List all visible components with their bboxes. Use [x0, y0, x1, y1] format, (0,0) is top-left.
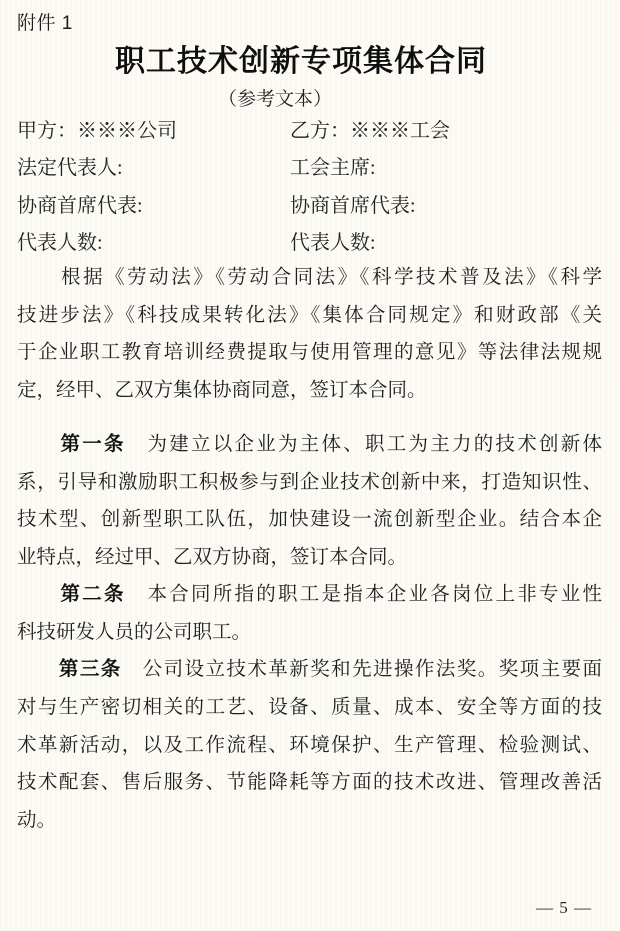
text-segment: 根据《劳动法》《劳动合同法》《科学技术普及法》《科学 [17, 267, 602, 288]
text-segment: 公司设立技术革新奖和先进操作法奖。奖项主要面 [122, 659, 602, 680]
party-row: 协商首席代表:协商首席代表: [17, 188, 602, 225]
document-title: 职工技术创新专项集体合同 [0, 36, 611, 80]
text-line: 业特点，经过甲、乙双方协商，签订本合同。 [17, 539, 602, 577]
text-segment: 业特点，经过甲、乙双方协商，签订本合同。 [17, 547, 407, 568]
text-line: 动。 [17, 802, 602, 840]
text-line: 第三条 公司设立技术革新奖和先进操作法奖。奖项主要面 [17, 651, 602, 689]
text-segment: 定，经甲、乙双方集体协商同意，签订本合同。 [17, 380, 427, 401]
text-line: 科技研发人员的公司职工。 [17, 614, 602, 652]
parties-section: 甲方：※※※公司乙方：※※※工会法定代表人:工会主席:协商首席代表:协商首席代表… [17, 113, 602, 263]
text-segment: 术革新活动，以及工作流程、环境保护、生产管理、检验测试、 [17, 735, 602, 756]
text-segment: 技术配套、售后服务、节能降耗等方面的技术改进、管理改善活 [17, 772, 602, 793]
text-line: 第二条 本合同所指的职工是指本企业各岗位上非专业性 [17, 576, 602, 614]
party-field-left: 法定代表人: [17, 150, 290, 187]
page-number: — 5 — [536, 898, 592, 918]
text-segment: 本合同所指的职工是指本企业各岗位上非专业性 [126, 584, 602, 605]
clause-label: 第一条 [61, 433, 126, 455]
text-line: 第一条 为建立以企业为主体、职工为主力的技术创新体 [17, 426, 602, 464]
text-line: 术革新活动，以及工作流程、环境保护、生产管理、检验测试、 [17, 727, 602, 765]
text-line: 定，经甲、乙双方集体协商同意，签订本合同。 [17, 372, 602, 410]
text-segment: 科技研发人员的公司职工。 [17, 622, 251, 643]
text-line: 系，引导和激励职工积极参与到企业技术创新中来，打造知识性、 [17, 464, 602, 502]
party-field-right: 工会主席: [290, 150, 602, 187]
attachment-label: 附件 1 [17, 8, 73, 35]
text-segment: 动。 [17, 810, 56, 831]
party-field-left: 甲方：※※※公司 [17, 113, 290, 150]
text-line: 技进步法》《科技成果转化法》《集体合同规定》和财政部《关 [17, 297, 602, 335]
party-row: 甲方：※※※公司乙方：※※※工会 [17, 113, 602, 150]
party-field-right: 代表人数: [290, 225, 602, 262]
text-line: 技术配套、售后服务、节能降耗等方面的技术改进、管理改善活 [17, 764, 602, 802]
clause-label: 第三条 [59, 658, 122, 680]
text-segment [17, 434, 61, 455]
text-line: 对与生产密切相关的工艺、设备、质量、成本、安全等方面的技 [17, 689, 602, 727]
text-segment: 为建立以企业为主体、职工为主力的技术创新体 [126, 434, 602, 455]
text-segment: 技术型、创新型职工队伍，加快建设一流创新型企业。结合本企 [17, 509, 602, 530]
text-line: 于企业职工教育培训经费提取与使用管理的意见》等法律法规规 [17, 334, 602, 372]
text-line: 技术型、创新型职工队伍，加快建设一流创新型企业。结合本企 [17, 501, 602, 539]
text-segment: 对与生产密切相关的工艺、设备、质量、成本、安全等方面的技 [17, 697, 602, 718]
clause-label: 第二条 [61, 583, 126, 605]
text-segment [17, 584, 61, 605]
paragraph: 第一条 为建立以企业为主体、职工为主力的技术创新体系，引导和激励职工积极参与到企… [17, 426, 602, 576]
paragraph: 第二条 本合同所指的职工是指本企业各岗位上非专业性科技研发人员的公司职工。 [17, 576, 602, 651]
party-field-left: 协商首席代表: [17, 188, 290, 225]
text-segment: 于企业职工教育培训经费提取与使用管理的意见》等法律法规规 [17, 342, 602, 363]
contract-body: 根据《劳动法》《劳动合同法》《科学技术普及法》《科学技进步法》《科技成果转化法》… [17, 259, 602, 839]
party-field-left: 代表人数: [17, 225, 290, 262]
document-page: 附件 1 职工技术创新专项集体合同 （参考文本） 甲方：※※※公司乙方：※※※工… [0, 0, 620, 931]
paragraph: 第三条 公司设立技术革新奖和先进操作法奖。奖项主要面对与生产密切相关的工艺、设备… [17, 651, 602, 839]
party-row: 代表人数:代表人数: [17, 225, 602, 262]
party-field-right: 乙方：※※※工会 [290, 113, 602, 150]
party-row: 法定代表人:工会主席: [17, 150, 602, 187]
document-subtitle: （参考文本） [218, 84, 332, 111]
text-line: 根据《劳动法》《劳动合同法》《科学技术普及法》《科学 [17, 259, 602, 297]
text-segment: 系，引导和激励职工积极参与到企业技术创新中来，打造知识性、 [17, 472, 602, 493]
text-segment [17, 659, 59, 680]
party-field-right: 协商首席代表: [290, 188, 602, 225]
text-segment: 技进步法》《科技成果转化法》《集体合同规定》和财政部《关 [17, 305, 602, 326]
paragraph: 根据《劳动法》《劳动合同法》《科学技术普及法》《科学技进步法》《科技成果转化法》… [17, 259, 602, 409]
